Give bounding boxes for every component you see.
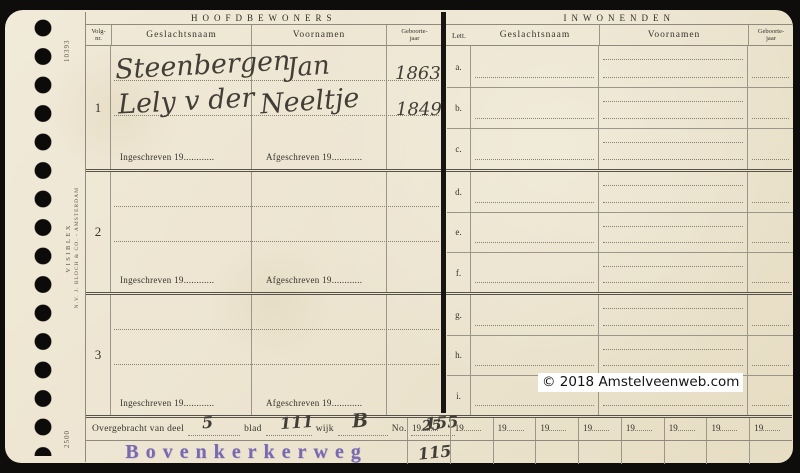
handwritten-year: 25 bbox=[421, 417, 442, 434]
inwonende-row-d: d. bbox=[447, 172, 793, 212]
year-cell-4: 19 bbox=[535, 418, 578, 440]
writing-line bbox=[603, 226, 743, 227]
section-title-inwonenden: INWONENDEN bbox=[447, 13, 793, 23]
year-prefix: 19 bbox=[583, 423, 592, 433]
writing-line bbox=[475, 159, 594, 160]
year-cell-2: 19 bbox=[450, 418, 493, 440]
handwritten-voornamen-1: Jan bbox=[286, 51, 331, 84]
geboortejaar-cell bbox=[748, 253, 793, 292]
writing-line bbox=[603, 142, 743, 143]
lett-cell: i. bbox=[447, 376, 471, 415]
afgeschreven-label: Afgeschreven 19............ bbox=[256, 275, 362, 285]
inwonende-row-f: f. bbox=[447, 252, 793, 292]
register-table: HOOFDBEWONERS INWONENDEN Volg- nr. Gesla… bbox=[85, 12, 792, 462]
writing-line bbox=[752, 282, 789, 283]
year2-cell-9 bbox=[749, 441, 792, 464]
writing-line bbox=[475, 202, 594, 203]
writing-line bbox=[752, 325, 789, 326]
year-prefix: 19 bbox=[498, 423, 507, 433]
writing-line bbox=[603, 282, 743, 283]
writing-line bbox=[475, 242, 594, 243]
geslachtsnaam-cell bbox=[471, 129, 599, 169]
geboortejaar-cell bbox=[748, 88, 793, 128]
writing-line bbox=[603, 118, 743, 119]
writing-line bbox=[114, 329, 439, 330]
lett-cell: f. bbox=[447, 253, 471, 292]
writing-line bbox=[603, 349, 743, 350]
lett-cell: c. bbox=[447, 129, 471, 169]
col-header-geslachtsnaam-right: Geslachtsnaam bbox=[471, 25, 599, 45]
year-prefix: 19 bbox=[540, 423, 549, 433]
year-cell-9: 19 bbox=[749, 418, 792, 440]
year-prefix: 19 bbox=[455, 423, 464, 433]
writing-line bbox=[603, 308, 743, 309]
year-prefix: 19 bbox=[669, 423, 678, 433]
resident-block-3: 3 Ingeschreven 19............ Afgeschrev… bbox=[86, 292, 792, 415]
year-prefix: 19 bbox=[412, 423, 421, 433]
geslachtsnaam-cell bbox=[471, 213, 599, 252]
handwritten-deel: 5 bbox=[201, 413, 213, 433]
lett-cell: b. bbox=[447, 88, 471, 128]
writing-line bbox=[678, 421, 695, 431]
geslachtsnaam-cell bbox=[471, 295, 599, 335]
col-header-geslachtsnaam-left: Geslachtsnaam bbox=[111, 25, 251, 45]
writing-line bbox=[752, 77, 789, 78]
writing-line bbox=[603, 159, 743, 160]
col-header-volgnr-line2: nr. bbox=[95, 35, 102, 43]
year2-cell-2 bbox=[450, 441, 493, 464]
col-header-geboortejaar-line2: jaar bbox=[766, 35, 776, 43]
year2-cell-7 bbox=[664, 441, 707, 464]
section-divider-rule bbox=[441, 12, 446, 413]
geslachtsnaam-cell bbox=[471, 336, 599, 375]
writing-line bbox=[752, 242, 789, 243]
wijk-field: B bbox=[338, 422, 388, 436]
writing-line bbox=[603, 202, 743, 203]
inwonenden-rows-d-f: d. e. f. bbox=[447, 172, 793, 292]
voornamen-cell bbox=[599, 336, 748, 375]
year2-cell-4 bbox=[535, 441, 578, 464]
copyright-watermark: © 2018 Amstelveenweb.com bbox=[538, 373, 743, 392]
afgeschreven-label: Afgeschreven 19............ bbox=[256, 398, 362, 408]
writing-line bbox=[603, 325, 743, 326]
ingeschreven-label: Ingeschreven 19............ bbox=[111, 398, 256, 408]
writing-line bbox=[603, 242, 743, 243]
writing-line bbox=[603, 266, 743, 267]
ingeschreven-label: Ingeschreven 19............ bbox=[111, 275, 256, 285]
transfer-cell: Overgebracht van deel 5 blad 111 wijk B … bbox=[86, 418, 407, 440]
hoofdbewoners-entry-area-3: Ingeschreven 19............ Afgeschreven… bbox=[111, 295, 442, 415]
writing-line bbox=[635, 421, 652, 431]
section-title-row: HOOFDBEWONERS INWONENDEN bbox=[86, 12, 792, 24]
address-row: Bovenkerkerweg 115 bbox=[86, 440, 792, 464]
writing-line bbox=[114, 206, 439, 207]
lett-cell: d. bbox=[447, 172, 471, 212]
col-header-geboortejaar-line2: jaar bbox=[410, 35, 420, 43]
year-cell-8: 19 bbox=[706, 418, 749, 440]
voornamen-cell bbox=[599, 129, 748, 169]
form-number-bottom: 2500 bbox=[63, 408, 71, 448]
writing-line bbox=[592, 421, 609, 431]
writing-line bbox=[507, 421, 524, 431]
inwonende-row-a: a. bbox=[447, 46, 793, 87]
address-stamp: Bovenkerkerweg bbox=[125, 441, 367, 464]
geslachtsnaam-cell bbox=[471, 88, 599, 128]
col-header-geboortejaar-left: Geboorte- jaar bbox=[386, 25, 442, 45]
transfer-row: Overgebracht van deel 5 blad 111 wijk B … bbox=[86, 415, 792, 440]
lett-cell: e. bbox=[447, 213, 471, 252]
year-prefix: 19 bbox=[754, 423, 763, 433]
writing-line bbox=[720, 421, 737, 431]
printer-imprint: VISIBLEX N.V. J. BLOCH & CO. - AMSTERDAM bbox=[65, 168, 80, 328]
year2-cell-5 bbox=[578, 441, 621, 464]
writing-line bbox=[763, 421, 780, 431]
year-prefix: 19 bbox=[626, 423, 635, 433]
writing-line bbox=[475, 77, 594, 78]
transfer-label-no: No. bbox=[392, 424, 407, 434]
geslachtsnaam-cell bbox=[471, 46, 599, 87]
writing-line bbox=[475, 325, 594, 326]
writing-line bbox=[475, 365, 594, 366]
geboortejaar-cell bbox=[748, 295, 793, 335]
registration-line: Ingeschreven 19............ Afgeschreven… bbox=[111, 391, 442, 415]
volgnr-value: 1 bbox=[86, 46, 111, 169]
year-cell-6: 19 bbox=[621, 418, 664, 440]
resident-block-1: 1 Steenbergen Jan 1863 Lely v der Neeltj… bbox=[86, 46, 792, 169]
voornamen-cell bbox=[599, 295, 748, 335]
lett-cell: a. bbox=[447, 46, 471, 87]
writing-line bbox=[603, 101, 743, 102]
col-header-geboortejaar-line1: Geboorte- bbox=[758, 28, 784, 36]
lett-cell: h. bbox=[447, 336, 471, 375]
inwonende-row-e: e. bbox=[447, 212, 793, 252]
col-header-volgnr-line1: Volg- bbox=[91, 28, 105, 36]
handwritten-geboortejaar-1: 1863 bbox=[395, 63, 441, 84]
writing-line bbox=[752, 405, 789, 406]
section-title-hoofdbewoners: HOOFDBEWONERS bbox=[86, 13, 442, 23]
col-header-volgnr: Volg- nr. bbox=[86, 25, 111, 45]
inwonende-row-h: h. bbox=[447, 335, 793, 375]
transfer-label-deel: Overgebracht van deel bbox=[92, 424, 184, 434]
printer-company: N.V. J. BLOCH & CO. - AMSTERDAM bbox=[74, 187, 80, 308]
hoofdbewoners-entry-area-1: Steenbergen Jan 1863 Lely v der Neeltje … bbox=[111, 46, 442, 169]
inwonenden-rows-g-i: g. h. i. bbox=[447, 295, 793, 415]
writing-line bbox=[752, 365, 789, 366]
registration-line: Ingeschreven 19............ Afgeschreven… bbox=[111, 145, 442, 169]
writing-line bbox=[114, 364, 439, 365]
geslachtsnaam-cell bbox=[471, 172, 599, 212]
resident-block-2: 2 Ingeschreven 19............ Afgeschrev… bbox=[86, 169, 792, 292]
year2-cell-3 bbox=[493, 441, 536, 464]
col-header-lett: Lett. bbox=[447, 25, 471, 45]
year-cell-3: 19 bbox=[493, 418, 536, 440]
year-cell-1: 1925 bbox=[407, 418, 450, 440]
year2-cell-8 bbox=[706, 441, 749, 464]
writing-line bbox=[752, 118, 789, 119]
ingeschreven-label: Ingeschreven 19............ bbox=[111, 152, 256, 162]
geboortejaar-cell bbox=[748, 46, 793, 87]
inwonende-row-c: c. bbox=[447, 128, 793, 169]
hoofdbewoners-entry-area-2: Ingeschreven 19............ Afgeschreven… bbox=[111, 172, 442, 292]
year2-cell-1: 115 bbox=[407, 441, 450, 464]
inwonende-row-b: b. bbox=[447, 87, 793, 128]
transfer-label-blad: blad bbox=[244, 424, 262, 434]
year-cell-7: 19 bbox=[664, 418, 707, 440]
lett-cell: g. bbox=[447, 295, 471, 335]
volgnr-value: 2 bbox=[86, 172, 111, 292]
writing-line bbox=[603, 185, 743, 186]
handwritten-geboortejaar-2: 1849 bbox=[396, 99, 442, 120]
col-header-geboortejaar-line1: Geboorte- bbox=[401, 28, 427, 36]
year2-cell-6 bbox=[621, 441, 664, 464]
inwonenden-rows-a-c: a. b. c. bbox=[447, 46, 793, 169]
writing-line bbox=[114, 241, 439, 242]
writing-line bbox=[603, 365, 743, 366]
registration-card: 10393 VISIBLEX N.V. J. BLOCH & CO. - AMS… bbox=[5, 10, 793, 463]
column-header-row: Volg- nr. Geslachtsnaam Voornamen Geboor… bbox=[86, 24, 792, 46]
inwonende-row-g: g. bbox=[447, 295, 793, 335]
voornamen-cell bbox=[599, 172, 748, 212]
deel-field: 5 bbox=[188, 422, 240, 436]
year-prefix: 19 bbox=[711, 423, 720, 433]
printer-brand: VISIBLEX bbox=[65, 223, 72, 273]
writing-line bbox=[549, 421, 566, 431]
address-cell: Bovenkerkerweg bbox=[86, 441, 407, 464]
year-cell-5: 19 bbox=[578, 418, 621, 440]
writing-line bbox=[475, 405, 594, 406]
transfer-label-wijk: wijk bbox=[316, 424, 334, 434]
writing-line bbox=[475, 282, 594, 283]
writing-line bbox=[603, 405, 743, 406]
writing-line bbox=[464, 421, 481, 431]
voornamen-cell bbox=[599, 88, 748, 128]
col-header-voornamen-right: Voornamen bbox=[599, 25, 748, 45]
writing-line bbox=[603, 77, 743, 78]
voornamen-cell bbox=[599, 213, 748, 252]
writing-line bbox=[752, 159, 789, 160]
punch-holes bbox=[25, 14, 61, 456]
writing-line bbox=[603, 59, 743, 60]
geboortejaar-cell bbox=[748, 129, 793, 169]
registration-line: Ingeschreven 19............ Afgeschreven… bbox=[111, 268, 442, 292]
handwritten-wijk: B bbox=[351, 409, 369, 432]
handwritten-blad: 111 bbox=[279, 412, 314, 433]
writing-line bbox=[475, 118, 594, 119]
geboortejaar-cell bbox=[748, 376, 793, 415]
voornamen-cell bbox=[599, 46, 748, 87]
geboortejaar-cell bbox=[748, 172, 793, 212]
geboortejaar-cell bbox=[748, 336, 793, 375]
col-header-geboortejaar-right: Geboorte- jaar bbox=[748, 25, 793, 45]
writing-line bbox=[752, 202, 789, 203]
volgnr-value: 3 bbox=[86, 295, 111, 415]
afgeschreven-label: Afgeschreven 19............ bbox=[256, 152, 362, 162]
handwritten-number: 115 bbox=[417, 441, 452, 463]
voornamen-cell bbox=[599, 253, 748, 292]
col-header-voornamen-left: Voornamen bbox=[251, 25, 386, 45]
form-number-top: 10393 bbox=[63, 16, 71, 62]
geslachtsnaam-cell bbox=[471, 253, 599, 292]
blad-field: 111 bbox=[266, 422, 312, 436]
geboortejaar-cell bbox=[748, 213, 793, 252]
